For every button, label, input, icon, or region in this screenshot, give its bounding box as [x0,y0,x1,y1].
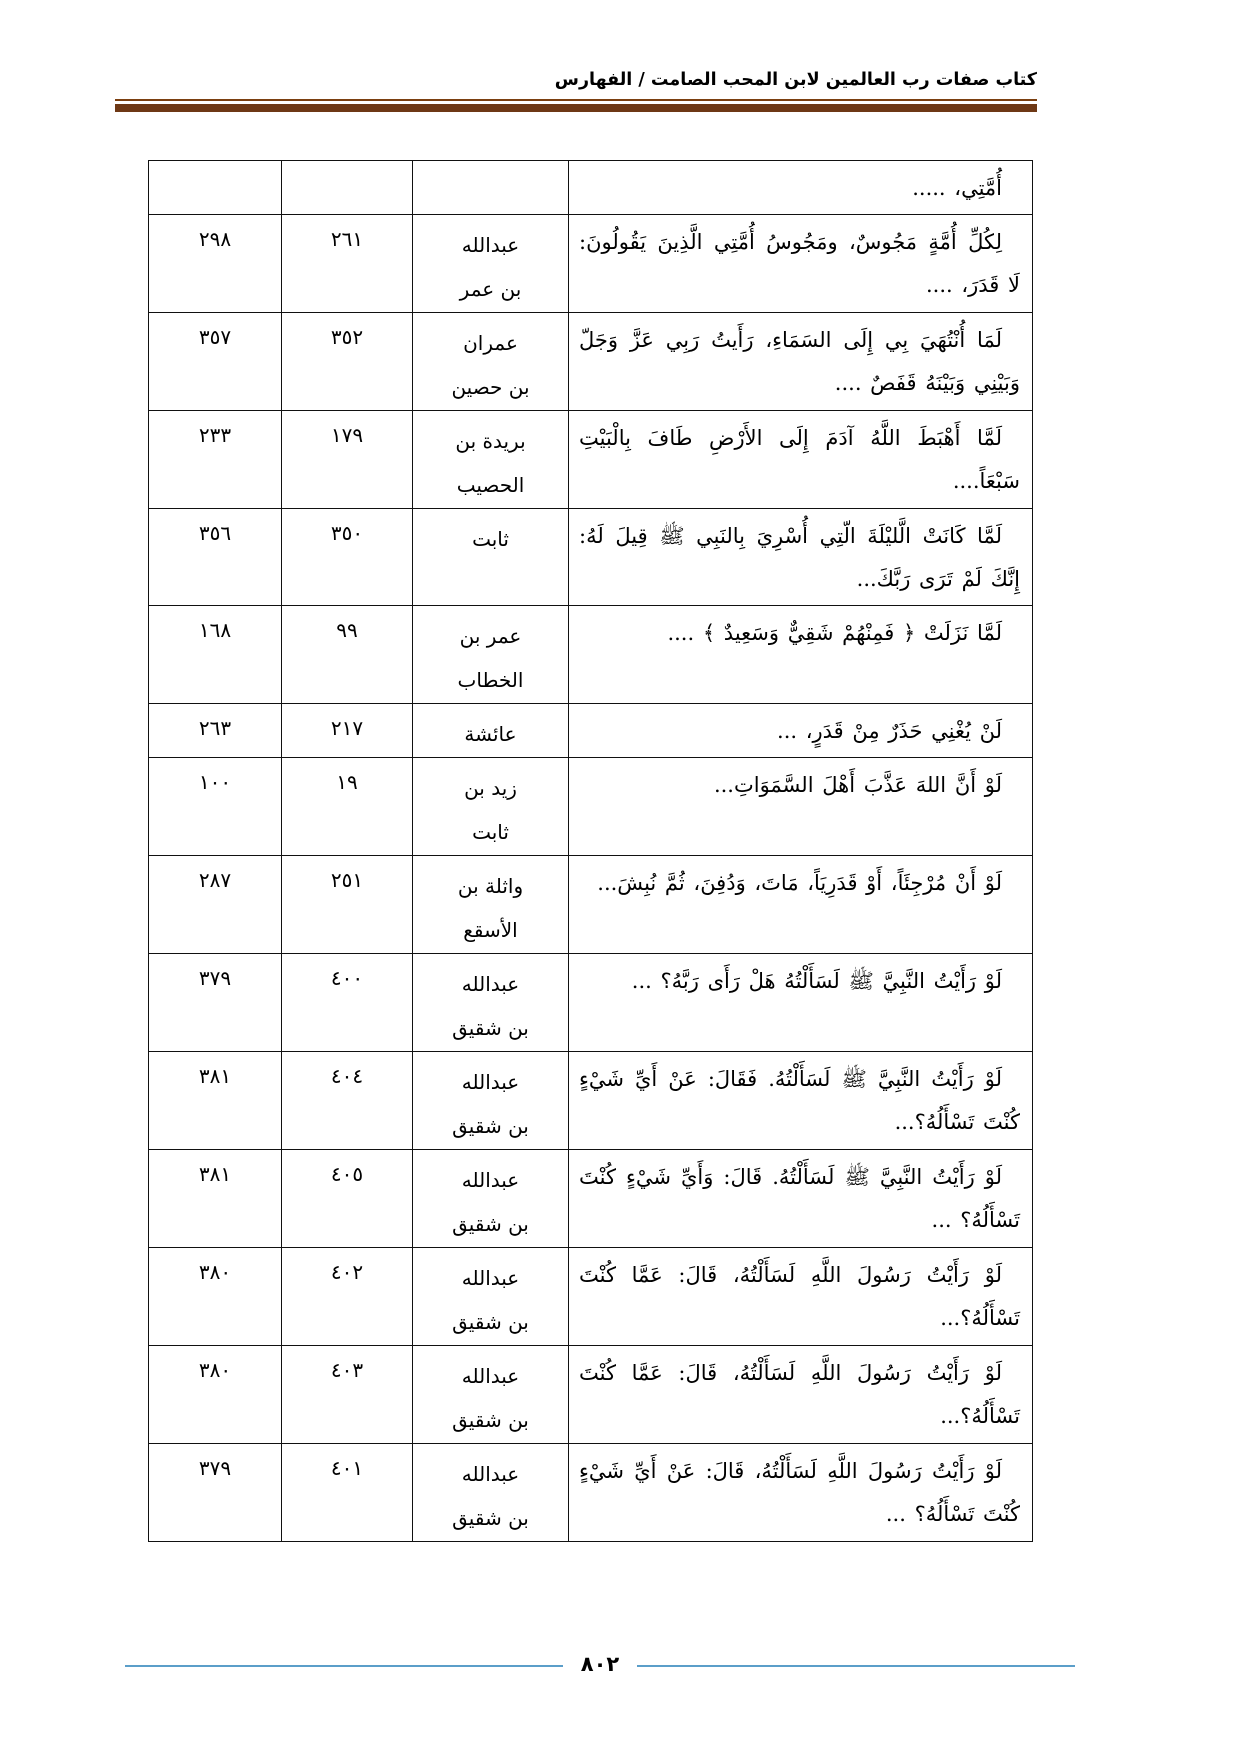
table-row: لَمَّا نَزَلَتْ ﴿ فَمِنْهُمْ شَقِيٌّ وَس… [149,606,1033,704]
hadith-number-cell: ٤٠٣ [282,1346,413,1444]
table-row: لَنْ يُغْنِي حَذَرٌ مِنْ قَدَرٍ، ... عائ… [149,704,1033,758]
hadith-number-cell: ٤٠١ [282,1444,413,1542]
table-row: لَوْ رَأَيْتُ النَّبِيَّ ﷺ لَسَأَلْتُهُ.… [149,1150,1033,1248]
hadith-text: لَوْ رَأَيْتُ رَسُولَ اللَّهِ لَسَأَلْتُ… [579,1450,1020,1536]
page-number-cell: ٣٨١ [149,1052,282,1150]
hadith-number-cell: ١٩ [282,758,413,856]
page-number-cell: ١٦٨ [149,606,282,704]
hadith-text: لَمَّا نَزَلَتْ ﴿ فَمِنْهُمْ شَقِيٌّ وَس… [579,612,1020,655]
hadith-number-cell: ٣٥٢ [282,313,413,411]
hadith-text-cell: لَنْ يُغْنِي حَذَرٌ مِنْ قَدَرٍ، ... [569,704,1033,758]
hadith-text: لَنْ يُغْنِي حَذَرٌ مِنْ قَدَرٍ، ... [579,710,1020,753]
narrator-cell: عمران بن حصين [413,313,569,411]
table-row: لَمَّا أَهْبَطَ اللَّهُ آدَمَ إِلَى الأَ… [149,411,1033,509]
hadith-text: لَمَا أُنْتُهَيَ بِي إِلَى السَمَاءِ، رَ… [579,319,1020,405]
hadith-number-cell: ٤٠٤ [282,1052,413,1150]
table-row: لَوْ أَنَّ اللهَ عَذَّبَ أَهْلَ السَّمَو… [149,758,1033,856]
header-rule [115,99,1037,112]
hadith-text: لَوْ أَنْ مُرْجِئَاً، أَوْ قَدَرِيَاً، م… [579,862,1020,905]
narrator-cell: زيد بن ثابت [413,758,569,856]
page-number-cell: ٢٣٣ [149,411,282,509]
hadith-text: لَوْ أَنَّ اللهَ عَذَّبَ أَهْلَ السَّمَو… [579,764,1020,807]
hadith-text-cell: لَوْ رَأَيْتُ رَسُولَ اللَّهِ لَسَأَلْتُ… [569,1444,1033,1542]
header-rule-thick-line [115,104,1037,112]
hadith-number-cell: ٢٥١ [282,856,413,954]
page-number-cell [149,161,282,215]
hadith-text-cell: لَمَّا أَهْبَطَ اللَّهُ آدَمَ إِلَى الأَ… [569,411,1033,509]
page-number-cell: ٣٨٠ [149,1248,282,1346]
hadith-text: لَمَّا كَانَتْ الَّليْلَةَ الّتِي أُسْرِ… [579,515,1020,601]
hadith-text: لَوْ رَأَيْتُ النَّبِيَّ ﷺ لَسَأَلْتُهُ.… [579,1058,1020,1144]
narrator-cell: عبدالله بن شقيق [413,1444,569,1542]
hadith-text: لِكُلِّ أُمَّةٍ مَجُوسٌ، ومَجُوسُ أُمَّت… [579,221,1020,307]
hadith-text: لَوْ رَأَيْتُ رَسُولَ اللَّهِ لَسَأَلْتُ… [579,1254,1020,1340]
hadith-number-cell: ٣٥٠ [282,509,413,606]
hadith-text-cell: لَوْ أَنْ مُرْجِئَاً، أَوْ قَدَرِيَاً، م… [569,856,1033,954]
hadith-text-cell: لَوْ أَنَّ اللهَ عَذَّبَ أَهْلَ السَّمَو… [569,758,1033,856]
table-row: لَوْ رَأَيْتُ النَّبِيَّ ﷺ لَسَأَلْتُهُ.… [149,1052,1033,1150]
narrator-cell: عبدالله بن عمر [413,215,569,313]
table-row: لِكُلِّ أُمَّةٍ مَجُوسٌ، ومَجُوسُ أُمَّت… [149,215,1033,313]
page-number-cell: ٣٨١ [149,1150,282,1248]
hadith-number-cell: ٩٩ [282,606,413,704]
hadith-text-cell: لَمَّا كَانَتْ الَّليْلَةَ الّتِي أُسْرِ… [569,509,1033,606]
narrator-cell: بريدة بن الحصيب [413,411,569,509]
hadith-text-cell: لِكُلِّ أُمَّةٍ مَجُوسٌ، ومَجُوسُ أُمَّت… [569,215,1033,313]
table-row: لَوْ رَأَيْتُ رَسُولَ اللَّهِ لَسَأَلْتُ… [149,1444,1033,1542]
footer-rule-left [125,1665,563,1667]
hadith-text-cell: لَوْ رَأَيْتُ النَّبِيَّ ﷺ لَسَأَلْتُهُ.… [569,1150,1033,1248]
hadith-index-table: أُمَّتِي، ..... لِكُلِّ أُمَّةٍ مَجُوسٌ،… [148,160,1033,1542]
hadith-number-cell: ٤٠٢ [282,1248,413,1346]
page-number-cell: ٣٨٠ [149,1346,282,1444]
narrator-cell: عبدالله بن شقيق [413,1346,569,1444]
narrator-cell: عمر بن الخطاب [413,606,569,704]
hadith-number-cell: ٤٠٥ [282,1150,413,1248]
hadith-text: لَوْ رَأَيْتُ النَّبِيَّ ﷺ لَسَأَلْتُهُ … [579,960,1020,1003]
narrator-cell: عائشة [413,704,569,758]
hadith-text: أُمَّتِي، ..... [579,167,1020,210]
page-number-cell: ٢٦٣ [149,704,282,758]
page-number-cell: ٢٨٧ [149,856,282,954]
hadith-number-cell: ٢١٧ [282,704,413,758]
hadith-number-cell: ٤٠٠ [282,954,413,1052]
table-row: لَمَّا كَانَتْ الَّليْلَةَ الّتِي أُسْرِ… [149,509,1033,606]
narrator-cell [413,161,569,215]
narrator-cell: عبدالله بن شقيق [413,1052,569,1150]
hadith-text-cell: لَوْ رَأَيْتُ رَسُولَ اللَّهِ لَسَأَلْتُ… [569,1248,1033,1346]
hadith-text-cell: أُمَّتِي، ..... [569,161,1033,215]
table-row: لَوْ أَنْ مُرْجِئَاً، أَوْ قَدَرِيَاً، م… [149,856,1033,954]
page-number-cell: ٣٧٩ [149,1444,282,1542]
book-page: كتاب صفات رب العالمين لابن المحب الصامت … [0,0,1240,1754]
hadith-text-cell: لَوْ رَأَيْتُ رَسُولَ اللَّهِ لَسَأَلْتُ… [569,1346,1033,1444]
hadith-text-cell: لَمَّا نَزَلَتْ ﴿ فَمِنْهُمْ شَقِيٌّ وَس… [569,606,1033,704]
page-number: ٨٠٢ [563,1653,637,1674]
page-number-cell: ١٠٠ [149,758,282,856]
narrator-cell: عبدالله بن شقيق [413,954,569,1052]
table-row: لَوْ رَأَيْتُ رَسُولَ اللَّهِ لَسَأَلْتُ… [149,1346,1033,1444]
narrator-cell: عبدالله بن شقيق [413,1150,569,1248]
page-number-cell: ٣٧٩ [149,954,282,1052]
hadith-text: لَوْ رَأَيْتُ رَسُولَ اللَّهِ لَسَأَلْتُ… [579,1352,1020,1438]
footer-rule-right [637,1665,1075,1667]
page-title: كتاب صفات رب العالمين لابن المحب الصامت … [115,70,1037,99]
hadith-number-cell: ٢٦١ [282,215,413,313]
hadith-text-cell: لَوْ رَأَيْتُ النَّبِيَّ ﷺ لَسَأَلْتُهُ.… [569,1052,1033,1150]
page-footer: ٨٠٢ [125,1655,1075,1676]
table-row: أُمَّتِي، ..... [149,161,1033,215]
hadith-text-cell: لَوْ رَأَيْتُ النَّبِيَّ ﷺ لَسَأَلْتُهُ … [569,954,1033,1052]
table-row: لَوْ رَأَيْتُ رَسُولَ اللَّهِ لَسَأَلْتُ… [149,1248,1033,1346]
page-number-cell: ٣٥٧ [149,313,282,411]
hadith-number-cell [282,161,413,215]
narrator-cell: ثابت [413,509,569,606]
narrator-cell: عبدالله بن شقيق [413,1248,569,1346]
page-number-cell: ٢٩٨ [149,215,282,313]
page-number-cell: ٣٥٦ [149,509,282,606]
hadith-index-table-body: أُمَّتِي، ..... لِكُلِّ أُمَّةٍ مَجُوسٌ،… [149,161,1033,1542]
hadith-text: لَمَّا أَهْبَطَ اللَّهُ آدَمَ إِلَى الأَ… [579,417,1020,503]
hadith-text-cell: لَمَا أُنْتُهَيَ بِي إِلَى السَمَاءِ، رَ… [569,313,1033,411]
hadith-text: لَوْ رَأَيْتُ النَّبِيَّ ﷺ لَسَأَلْتُهُ.… [579,1156,1020,1242]
table-row: لَوْ رَأَيْتُ النَّبِيَّ ﷺ لَسَأَلْتُهُ … [149,954,1033,1052]
table-row: لَمَا أُنْتُهَيَ بِي إِلَى السَمَاءِ، رَ… [149,313,1033,411]
page-header: كتاب صفات رب العالمين لابن المحب الصامت … [115,70,1037,112]
hadith-number-cell: ١٧٩ [282,411,413,509]
narrator-cell: واثلة بن الأسقع [413,856,569,954]
